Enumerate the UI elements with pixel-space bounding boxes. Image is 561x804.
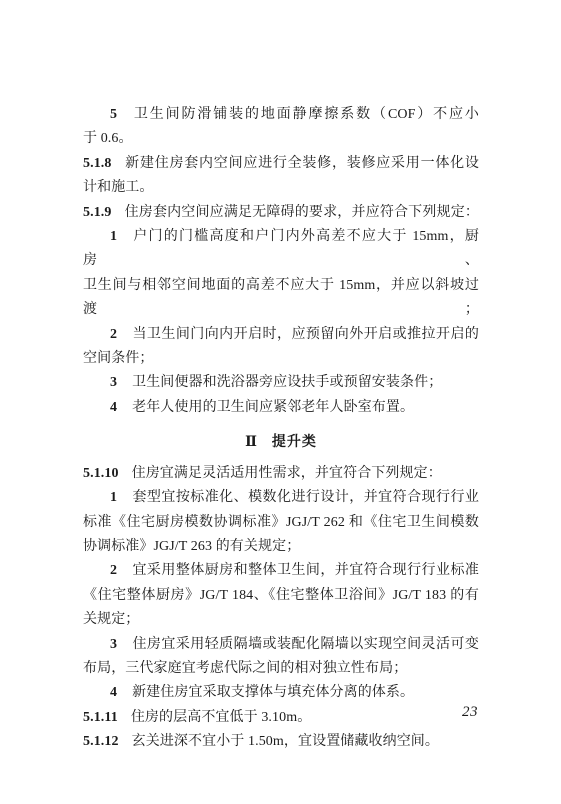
line-text: 新建住房宜采取支撑体与填充体分离的体系。	[132, 685, 414, 700]
line-text: 卫生间防滑铺装的地面静摩擦系数（COF）不应小	[132, 107, 479, 122]
continuation-line: 计和施工。	[83, 176, 479, 200]
line-text: 布局，三代家庭宜考虑代际之间的相对独立性布局；	[83, 661, 407, 676]
item-number: 4	[110, 685, 117, 700]
section-numeral: Ⅱ	[245, 435, 258, 450]
clause-number: 5.1.8	[83, 156, 112, 171]
line-text: 宜采用整体厨房和整体卫生间，并宜符合现行行业标准	[132, 563, 479, 578]
item-line: 2当卫生间门向内开启时，应预留向外开启或推拉开启的	[83, 323, 479, 347]
page-number: 23	[462, 704, 478, 721]
document-page: 5卫生间防滑铺装的地面静摩擦系数（COF）不应小 于 0.6。 5.1.8新建住…	[0, 0, 561, 804]
line-text: 住房宜满足灵活适用性需求，并宜符合下列规定：	[132, 466, 442, 481]
text-block: 5卫生间防滑铺装的地面静摩擦系数（COF）不应小 于 0.6。 5.1.8新建住…	[83, 103, 479, 755]
line-text: 住房宜采用轻质隔墙或装配化隔墙以实现空间灵活可变	[132, 637, 479, 652]
line-text: 标准《住宅厨房模数协调标准》JGJ/T 262 和《住宅卫生间模数	[83, 515, 479, 530]
continuation-line: 卫生间与相邻空间地面的高差不应大于 15mm，并应以斜坡过渡；	[83, 274, 479, 323]
line-text: 玄关进深不宜小于 1.50m，宜设置储藏收纳空间。	[132, 734, 439, 749]
continuation-line: 于 0.6。	[83, 127, 479, 151]
line-text: 《住宅整体厨房》JG/T 184、《住宅整体卫浴间》JG/T 183 的有	[83, 588, 479, 603]
continuation-line: 《住宅整体厨房》JG/T 184、《住宅整体卫浴间》JG/T 183 的有	[83, 584, 479, 608]
continuation-line: 协调标准》JGJ/T 263 的有关规定；	[83, 535, 479, 559]
item-number: 2	[110, 327, 117, 342]
item-line: 5卫生间防滑铺装的地面静摩擦系数（COF）不应小	[83, 103, 479, 127]
item-line: 1套型宜按标准化、模数化进行设计，并宜符合现行行业	[83, 486, 479, 510]
item-line: 4新建住房宜采取支撑体与填充体分离的体系。	[83, 681, 479, 705]
item-number: 2	[110, 563, 117, 578]
section-title: 提升类	[272, 435, 317, 450]
clause-number: 5.1.9	[83, 205, 112, 220]
continuation-line: 关规定；	[83, 608, 479, 632]
clause-line: 5.1.10住房宜满足灵活适用性需求，并宜符合下列规定：	[83, 462, 479, 486]
clause-number: 5.1.10	[83, 466, 119, 481]
item-number: 1	[110, 490, 117, 505]
line-text: 计和施工。	[83, 180, 154, 195]
line-text: 当卫生间门向内开启时，应预留向外开启或推拉开启的	[132, 327, 479, 342]
line-text: 套型宜按标准化、模数化进行设计，并宜符合现行行业	[132, 490, 479, 505]
item-number: 3	[110, 637, 117, 652]
line-text: 卫生间便器和洗浴器旁应设扶手或预留安装条件；	[132, 375, 442, 390]
clause-number: 5.1.12	[83, 734, 119, 749]
section-heading: Ⅱ提升类	[83, 431, 479, 455]
clause-line: 5.1.11住房的层高不宜低于 3.10m。	[83, 706, 479, 730]
clause-line: 5.1.9住房套内空间应满足无障碍的要求，并应符合下列规定：	[83, 201, 479, 225]
item-line: 4老年人使用的卫生间应紧邻老年人卧室布置。	[83, 396, 479, 420]
continuation-line: 标准《住宅厨房模数协调标准》JGJ/T 262 和《住宅卫生间模数	[83, 511, 479, 535]
item-line: 3住房宜采用轻质隔墙或装配化隔墙以实现空间灵活可变	[83, 633, 479, 657]
item-line: 2宜采用整体厨房和整体卫生间，并宜符合现行行业标准	[83, 559, 479, 583]
line-text: 住房的层高不宜低于 3.10m。	[131, 710, 312, 725]
item-number: 1	[110, 229, 117, 244]
line-text: 协调标准》JGJ/T 263 的有关规定；	[83, 539, 300, 554]
line-text: 户门的门槛高度和户门内外高差不应大于 15mm，厨房、	[83, 229, 479, 268]
continuation-line: 布局，三代家庭宜考虑代际之间的相对独立性布局；	[83, 657, 479, 681]
line-text: 新建住房套内空间应进行全装修，装修应采用一体化设	[125, 156, 480, 171]
item-number: 4	[110, 400, 117, 415]
continuation-line: 空间条件；	[83, 347, 479, 371]
clause-line: 5.1.12玄关进深不宜小于 1.50m，宜设置储藏收纳空间。	[83, 730, 479, 754]
item-number: 3	[110, 375, 117, 390]
clause-line: 5.1.8新建住房套内空间应进行全装修，装修应采用一体化设	[83, 152, 479, 176]
item-number: 5	[110, 107, 117, 122]
clause-number: 5.1.11	[83, 710, 118, 725]
line-text: 空间条件；	[83, 351, 154, 366]
line-text: 老年人使用的卫生间应紧邻老年人卧室布置。	[132, 400, 414, 415]
item-line: 3卫生间便器和洗浴器旁应设扶手或预留安装条件；	[83, 371, 479, 395]
line-text: 卫生间与相邻空间地面的高差不应大于 15mm，并应以斜坡过渡；	[83, 278, 479, 317]
line-text: 于 0.6。	[83, 131, 133, 146]
item-line: 1户门的门槛高度和户门内外高差不应大于 15mm，厨房、	[83, 225, 479, 274]
line-text: 关规定；	[83, 612, 139, 627]
line-text: 住房套内空间应满足无障碍的要求，并应符合下列规定：	[125, 205, 480, 220]
